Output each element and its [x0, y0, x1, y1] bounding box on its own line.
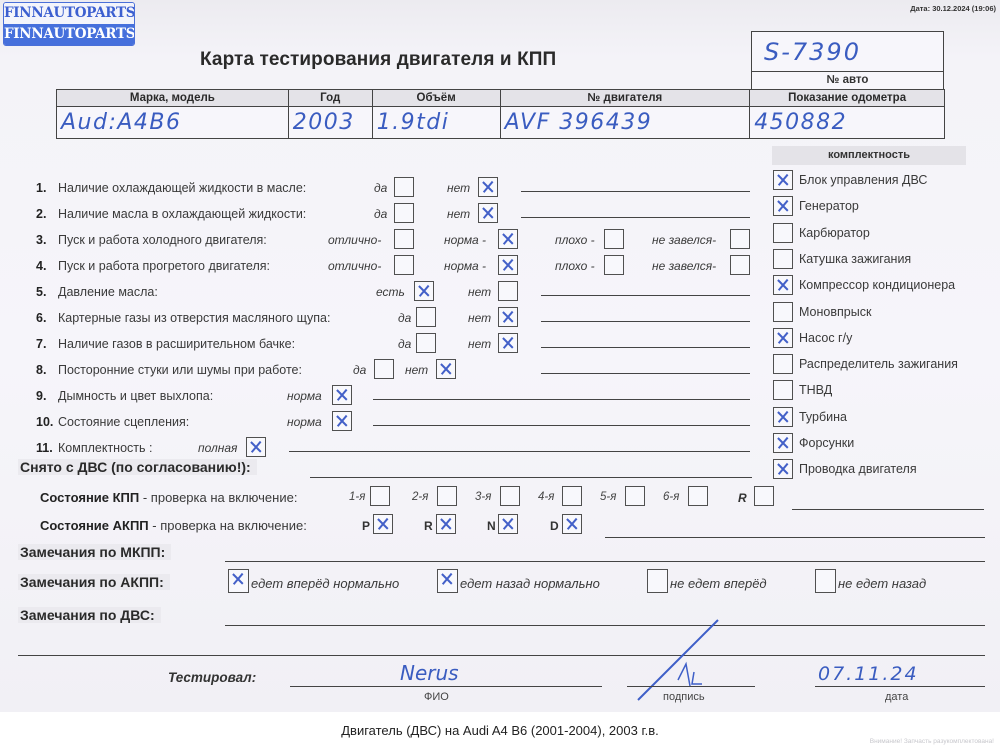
checkbox-unchecked[interactable]	[416, 333, 436, 353]
checkbox-unchecked[interactable]	[394, 203, 414, 223]
option-label: отлично-	[328, 259, 381, 273]
check-notes-line[interactable]	[541, 347, 750, 348]
checkbox-checked[interactable]	[773, 433, 793, 453]
check-row-4: 4.Пуск и работа прогретого двигателя:	[36, 259, 270, 273]
akpp-remark-label: не едет назад	[838, 576, 926, 591]
check-number: 10.	[36, 415, 58, 429]
brand-logo: FINNAUTOPARTS FINNAUTOPARTS	[3, 2, 135, 46]
avto-number-label: № авто	[752, 72, 943, 89]
check-number: 1.	[36, 181, 58, 195]
option-label: нет	[468, 285, 491, 299]
checkbox-checked[interactable]	[478, 177, 498, 197]
checkbox-unchecked[interactable]	[498, 281, 518, 301]
checkbox-checked[interactable]	[773, 170, 793, 190]
signature-caption: подпись	[663, 691, 705, 703]
option-label: да	[353, 363, 366, 377]
option-label: нет	[405, 363, 428, 377]
kpp-label: Состояние КПП - проверка на включение:	[40, 490, 297, 505]
komplektnost-item-label: Распределитель зажигания	[799, 357, 958, 371]
option-label: нет	[447, 181, 470, 195]
komplektnost-item[interactable]: Моновпрыск	[773, 302, 871, 322]
tested-by-label: Тестировал:	[168, 670, 256, 685]
checkbox-checked[interactable]	[332, 411, 352, 431]
checkbox-unchecked[interactable]	[773, 249, 793, 269]
kpp-gear-label: 5-я	[600, 491, 616, 503]
check-row-8: 8.Посторонние стуки или шумы при работе:	[36, 363, 302, 377]
checkbox-unchecked[interactable]	[730, 229, 750, 249]
kpp-gear-checkbox[interactable]	[625, 486, 645, 506]
brand-line-1: FINNAUTOPARTS	[4, 3, 134, 24]
checkbox-checked[interactable]	[773, 196, 793, 216]
check-row-6: 6.Картерные газы из отверстия масляного …	[36, 311, 330, 325]
check-number: 3.	[36, 233, 58, 247]
check-label: Наличие масла в охлаждающей жидкости:	[58, 207, 306, 221]
checkbox-unchecked[interactable]	[773, 380, 793, 400]
date-caption: дата	[885, 691, 908, 703]
header-engine-no: № двигателя	[500, 90, 750, 107]
value-odometer: 450882	[750, 107, 945, 139]
komplektnost-item-label: Компрессор кондиционера	[799, 278, 955, 292]
checkbox-unchecked[interactable]	[416, 307, 436, 327]
option-label: норма	[287, 415, 322, 429]
photo-date-stamp: Дата: 30.12.2024 (19:06)	[910, 4, 996, 13]
checkbox-checked[interactable]	[773, 459, 793, 479]
check-row-10: 10.Состояние сцепления:	[36, 415, 189, 429]
checkbox-checked[interactable]	[498, 333, 518, 353]
check-number: 4.	[36, 259, 58, 273]
komplektnost-item-label: Форсунки	[799, 436, 854, 450]
form-title: Карта тестирования двигателя и КПП	[200, 49, 556, 71]
checkbox-unchecked[interactable]	[604, 255, 624, 275]
akpp-line	[605, 537, 985, 538]
check-row-3: 3.Пуск и работа холодного двигателя:	[36, 233, 267, 247]
komplektnost-item-label: Насос г/у	[799, 331, 852, 345]
option-label: нет	[447, 207, 470, 221]
checkbox-unchecked[interactable]	[730, 255, 750, 275]
avto-number-box: S-7390 № авто	[751, 31, 944, 90]
kpp-gear-label: 3-я	[475, 491, 491, 503]
kpp-gear-label: 4-я	[538, 491, 554, 503]
remarks-dvs-label: Замечания по ДВС:	[18, 607, 161, 623]
kpp-gear-label: 2-я	[412, 491, 428, 503]
option-label: да	[398, 311, 411, 325]
komplektnost-item[interactable]: Блок управления ДВС	[773, 170, 927, 190]
checkbox-checked[interactable]	[498, 229, 518, 249]
option-label: плохо -	[555, 259, 595, 273]
akpp-gear-label: P	[362, 519, 370, 533]
signature-line	[627, 686, 755, 687]
value-year: 2003	[288, 107, 372, 139]
kpp-gear-checkbox[interactable]	[688, 486, 708, 506]
akpp-gear-label: R	[424, 519, 433, 533]
kpp-label-rest: - проверка на включение:	[139, 490, 297, 505]
checkbox-unchecked[interactable]	[773, 354, 793, 374]
value-model: Aud:A4B6	[57, 107, 289, 139]
akpp-gear-checkbox[interactable]	[562, 514, 582, 534]
komplektnost-item[interactable]: Катушка зажигания	[773, 249, 911, 269]
akpp-label-bold: Состояние АКПП	[40, 518, 149, 533]
option-label: да	[374, 207, 387, 221]
checkbox-checked[interactable]	[773, 275, 793, 295]
check-label: Посторонние стуки или шумы при работе:	[58, 363, 302, 377]
checkbox-checked[interactable]	[436, 359, 456, 379]
check-number: 7.	[36, 337, 58, 351]
komplektnost-item[interactable]: Форсунки	[773, 433, 854, 453]
check-row-2: 2.Наличие масла в охлаждающей жидкости:	[36, 207, 306, 221]
check-notes-line[interactable]	[541, 295, 750, 296]
check-number: 6.	[36, 311, 58, 325]
option-label: да	[398, 337, 411, 351]
brand-line-2: FINNAUTOPARTS	[4, 24, 134, 45]
header-volume: Объём	[372, 90, 500, 107]
removed-line	[310, 477, 752, 478]
check-number: 8.	[36, 363, 58, 377]
option-label: есть	[376, 285, 405, 299]
komplektnost-item-label: Катушка зажигания	[799, 252, 911, 266]
checkbox-unchecked[interactable]	[394, 229, 414, 249]
check-number: 9.	[36, 389, 58, 403]
checkbox-unchecked[interactable]	[394, 177, 414, 197]
option-label: нет	[468, 311, 491, 325]
option-label: не завелся-	[652, 259, 716, 273]
checkbox-unchecked[interactable]	[773, 223, 793, 243]
akpp-remark-checkbox[interactable]	[228, 569, 249, 593]
akpp-remark-checkbox[interactable]	[647, 569, 668, 593]
kpp-gear-checkbox[interactable]	[437, 486, 457, 506]
kpp-gear-checkbox[interactable]	[500, 486, 520, 506]
komplektnost-item[interactable]: Насос г/у	[773, 328, 852, 348]
akpp-gear-checkbox[interactable]	[373, 514, 393, 534]
akpp-remark-label: едет вперёд нормально	[251, 576, 399, 591]
checkbox-checked[interactable]	[773, 407, 793, 427]
removed-label: Снято с ДВС (по согласованию!):	[18, 459, 257, 475]
tester-name: Nerus	[400, 661, 459, 685]
akpp-remark-label: едет назад нормально	[460, 576, 600, 591]
check-notes-line[interactable]	[541, 373, 750, 374]
komplektnost-item-label: ТНВД	[799, 383, 832, 397]
kpp-gear-label: 1-я	[349, 491, 365, 503]
akpp-gear-label: N	[487, 519, 496, 533]
check-row-9: 9.Дымность и цвет выхлопа:	[36, 389, 213, 403]
option-label: норма -	[444, 259, 486, 273]
option-label: да	[374, 181, 387, 195]
checkbox-unchecked[interactable]	[374, 359, 394, 379]
check-label: Картерные газы из отверстия масляного щу…	[58, 311, 330, 325]
akpp-remark-checkbox[interactable]	[437, 569, 458, 593]
check-row-5: 5.Давление масла:	[36, 285, 158, 299]
remarks-dvs-line-2[interactable]	[18, 655, 985, 656]
value-engine-no: AVF 396439	[500, 107, 750, 139]
photo-caption: Двигатель (ДВС) на Audi A4 B6 (2001-2004…	[0, 723, 1000, 738]
kpp-gear-label: 6-я	[663, 491, 679, 503]
komplektnost-item[interactable]: Распределитель зажигания	[773, 354, 958, 374]
check-row-1: 1.Наличие охлаждающей жидкости в масле:	[36, 181, 306, 195]
check-label: Комплектность :	[58, 441, 152, 455]
check-number: 11.	[36, 441, 58, 455]
check-notes-line[interactable]	[521, 191, 750, 192]
checkbox-unchecked[interactable]	[773, 302, 793, 322]
signature-scribble	[620, 612, 730, 702]
akpp-label: Состояние АКПП - проверка на включение:	[40, 518, 307, 533]
checkbox-checked[interactable]	[332, 385, 352, 405]
checkbox-unchecked[interactable]	[604, 229, 624, 249]
komplektnost-item-label: Блок управления ДВС	[799, 173, 927, 187]
check-notes-line[interactable]	[541, 321, 750, 322]
akpp-gear-label: D	[550, 519, 559, 533]
header-model: Марка, модель	[57, 90, 289, 107]
kpp-label-bold: Состояние КПП	[40, 490, 139, 505]
checkbox-checked[interactable]	[246, 437, 266, 457]
kpp-gear-checkbox[interactable]	[754, 486, 774, 506]
check-label: Пуск и работа прогретого двигателя:	[58, 259, 270, 273]
checkbox-checked[interactable]	[498, 307, 518, 327]
tester-name-caption: ФИО	[424, 691, 449, 703]
option-label: плохо -	[555, 233, 595, 247]
kpp-line	[792, 509, 984, 510]
check-label: Пуск и работа холодного двигателя:	[58, 233, 267, 247]
date-line	[815, 686, 985, 687]
test-date: 07.11.24	[818, 663, 919, 685]
check-notes-line[interactable]	[521, 217, 750, 218]
komplektnost-item-label: Карбюратор	[799, 226, 870, 240]
checkbox-checked[interactable]	[498, 255, 518, 275]
remarks-dvs-line[interactable]	[225, 625, 985, 626]
kpp-gear-checkbox[interactable]	[562, 486, 582, 506]
akpp-remark-label: не едет вперёд	[670, 576, 767, 591]
header-odometer: Показание одометра	[750, 90, 945, 107]
remarks-mkpp-line[interactable]	[225, 561, 985, 562]
form-photo: FINNAUTOPARTS FINNAUTOPARTS Дата: 30.12.…	[0, 0, 1000, 712]
komplektnost-item[interactable]: Карбюратор	[773, 223, 870, 243]
komplektnost-item-label: Моновпрыск	[799, 305, 871, 319]
komplektnost-item[interactable]: Проводка двигателя	[773, 459, 917, 479]
check-label: Состояние сцепления:	[58, 415, 189, 429]
komplektnost-item[interactable]: ТНВД	[773, 380, 832, 400]
remarks-akpp-label: Замечания по АКПП:	[18, 574, 170, 590]
check-label: Давление масла:	[58, 285, 158, 299]
check-notes-line[interactable]	[289, 451, 750, 452]
kpp-gear-label: R	[738, 491, 747, 505]
kpp-gear-checkbox[interactable]	[370, 486, 390, 506]
option-label: норма	[287, 389, 322, 403]
akpp-gear-checkbox[interactable]	[498, 514, 518, 534]
komplektnost-header: комплектность	[772, 146, 966, 165]
option-label: не завелся-	[652, 233, 716, 247]
checkbox-checked[interactable]	[478, 203, 498, 223]
checkbox-checked[interactable]	[414, 281, 434, 301]
check-row-7: 7.Наличие газов в расширительном бачке:	[36, 337, 295, 351]
option-label: отлично-	[328, 233, 381, 247]
option-label: нет	[468, 337, 491, 351]
komplektnost-item-label: Проводка двигателя	[799, 462, 917, 476]
check-notes-line[interactable]	[373, 399, 750, 400]
checkbox-unchecked[interactable]	[394, 255, 414, 275]
check-label: Наличие газов в расширительном бачке:	[58, 337, 295, 351]
akpp-gear-checkbox[interactable]	[436, 514, 456, 534]
remarks-mkpp-label: Замечания по МКПП:	[18, 544, 171, 560]
komplektnost-item[interactable]: Компрессор кондиционера	[773, 275, 955, 295]
check-number: 2.	[36, 207, 58, 221]
watermark-text: Внимание! Запчасть разукомплектована!	[870, 738, 994, 745]
vehicle-info-table: Марка, модель Год Объём № двигателя Пока…	[56, 89, 945, 139]
check-notes-line[interactable]	[373, 425, 750, 426]
check-label: Дымность и цвет выхлопа:	[58, 389, 213, 403]
header-year: Год	[288, 90, 372, 107]
komplektnost-item-label: Генератор	[799, 199, 859, 213]
check-number: 5.	[36, 285, 58, 299]
option-label: норма -	[444, 233, 486, 247]
checkbox-checked[interactable]	[773, 328, 793, 348]
check-label: Наличие охлаждающей жидкости в масле:	[58, 181, 306, 195]
akpp-remark-checkbox[interactable]	[815, 569, 836, 593]
check-row-11: 11.Комплектность :	[36, 441, 152, 455]
komplektnost-item-label: Турбина	[799, 410, 847, 424]
tester-name-line	[290, 686, 602, 687]
komplektnost-item[interactable]: Турбина	[773, 407, 847, 427]
value-volume: 1.9tdi	[372, 107, 500, 139]
option-label: полная	[198, 441, 237, 455]
komplektnost-item[interactable]: Генератор	[773, 196, 859, 216]
avto-number-value: S-7390	[752, 32, 943, 72]
akpp-label-rest: - проверка на включение:	[149, 518, 307, 533]
